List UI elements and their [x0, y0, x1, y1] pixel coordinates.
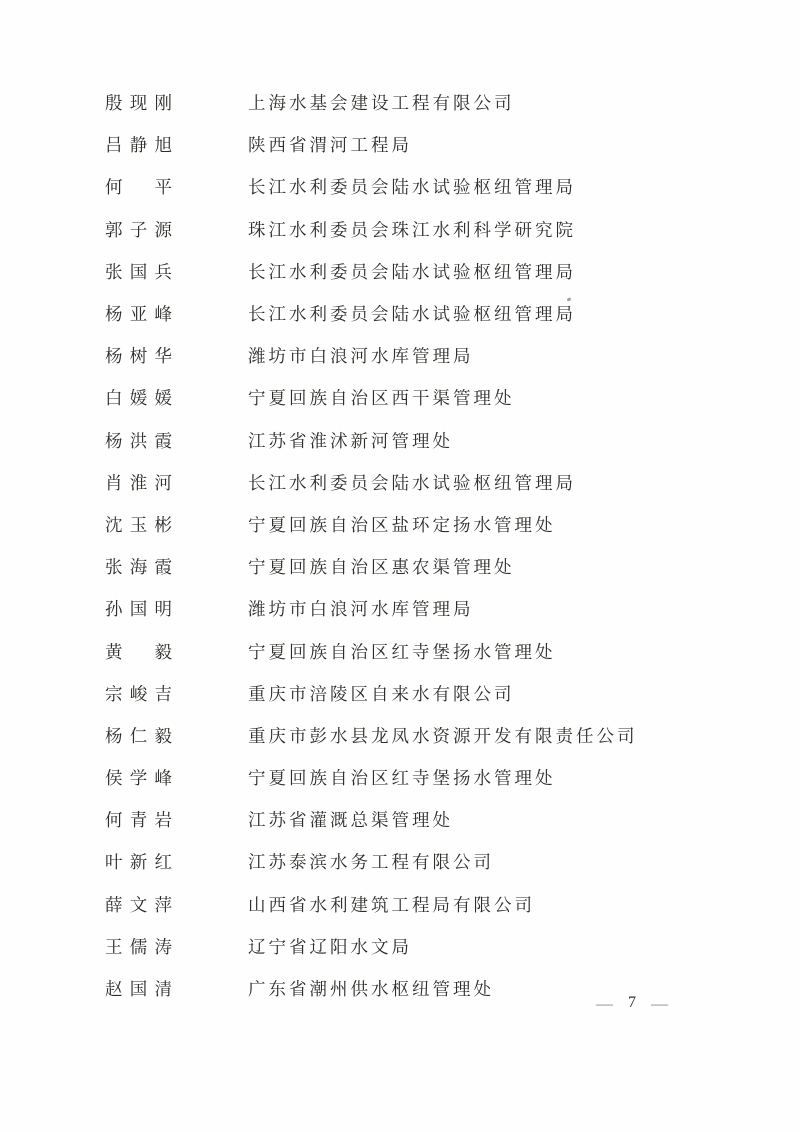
person-name: 薛文萍 [105, 894, 172, 916]
organization-name: 宁夏回族自治区西干渠管理处 [248, 387, 515, 409]
roster-row: 黄 毅 宁夏回族自治区红寺堡扬水管理处 [105, 630, 725, 672]
roster-row: 郭子源 珠江水利委员会珠江水利科学研究院 [105, 209, 725, 251]
person-name: 赵国清 [105, 978, 172, 1000]
organization-name: 长江水利委员会陆水试验枢纽管理局 [248, 176, 576, 198]
organization-name: 潍坊市白浪河水库管理局 [248, 345, 474, 367]
organization-name: 重庆市彭水县龙凤水资源开发有限责任公司 [248, 725, 638, 747]
page-number-dash-left: — [596, 995, 613, 1012]
organization-name: 宁夏回族自治区盐环定扬水管理处 [248, 514, 556, 536]
roster-row: 吕静旭 陕西省渭河工程局 [105, 124, 725, 166]
page-number-dash-right: — [651, 995, 668, 1012]
organization-name: 江苏省灌溉总渠管理处 [248, 809, 453, 831]
person-name: 侯学峰 [105, 767, 172, 789]
person-name: 杨亚峰 [105, 303, 172, 325]
person-name: 张海霞 [105, 556, 172, 578]
person-name: 杨仁毅 [105, 725, 172, 747]
roster-row: 杨仁毅 重庆市彭水县龙凤水资源开发有限责任公司 [105, 715, 725, 757]
organization-name: 宁夏回族自治区红寺堡扬水管理处 [248, 641, 556, 663]
organization-name: 江苏泰滨水务工程有限公司 [248, 851, 494, 873]
organization-name: 辽宁省辽阳水文局 [248, 936, 412, 958]
person-name: 张国兵 [105, 261, 172, 283]
person-name: 叶新红 [105, 851, 172, 873]
roster-row: 白媛媛 宁夏回族自治区西干渠管理处 [105, 377, 725, 419]
roster-row: 肖淮河 长江水利委员会陆水试验枢纽管理局 [105, 462, 725, 504]
roster-row: 叶新红 江苏泰滨水务工程有限公司 [105, 841, 725, 883]
person-name: 何 平 [105, 176, 172, 198]
organization-name: 重庆市涪陵区自来水有限公司 [248, 683, 515, 705]
person-name: 王儒涛 [105, 936, 172, 958]
organization-name: 潍坊市白浪河水库管理局 [248, 598, 474, 620]
organization-name: 江苏省淮沭新河管理处 [248, 430, 453, 452]
person-name: 白媛媛 [105, 387, 172, 409]
person-name: 何青岩 [105, 809, 172, 831]
organization-name: 上海水基会建设工程有限公司 [248, 92, 515, 114]
person-name: 郭子源 [105, 219, 172, 241]
roster-row: 杨树华 潍坊市白浪河水库管理局 [105, 335, 725, 377]
roster-row: 宗峻吉 重庆市涪陵区自来水有限公司 [105, 673, 725, 715]
organization-name: 长江水利委员会陆水试验枢纽管理局 [248, 472, 576, 494]
document-page: 殷现刚 上海水基会建设工程有限公司 吕静旭 陕西省渭河工程局 何 平 长江水利委… [0, 0, 800, 1132]
roster-row: 何青岩 江苏省灌溉总渠管理处 [105, 799, 725, 841]
person-name: 宗峻吉 [105, 683, 172, 705]
roster-row: 何 平 长江水利委员会陆水试验枢纽管理局 [105, 166, 725, 208]
page-footer: — 7 — [596, 994, 668, 1012]
organization-name: 珠江水利委员会珠江水利科学研究院 [248, 219, 576, 241]
person-name: 肖淮河 [105, 472, 172, 494]
person-name: 孙国明 [105, 598, 172, 620]
roster-row: 张海霞 宁夏回族自治区惠农渠管理处 [105, 546, 725, 588]
organization-name: 宁夏回族自治区惠农渠管理处 [248, 556, 515, 578]
person-name: 殷现刚 [105, 92, 172, 114]
roster-row: 杨洪霞 江苏省淮沭新河管理处 [105, 420, 725, 462]
roster-row: 沈玉彬 宁夏回族自治区盐环定扬水管理处 [105, 504, 725, 546]
roster-row: 侯学峰 宁夏回族自治区红寺堡扬水管理处 [105, 757, 725, 799]
roster-row: 殷现刚 上海水基会建设工程有限公司 [105, 82, 725, 124]
organization-name: 陕西省渭河工程局 [248, 134, 412, 156]
roster-row: 孙国明 潍坊市白浪河水库管理局 [105, 588, 725, 630]
organization-name: 长江水利委员会陆水试验枢纽管理局 [248, 261, 576, 283]
person-name: 杨洪霞 [105, 430, 172, 452]
person-name: 吕静旭 [105, 134, 172, 156]
roster-row: 杨亚峰 长江水利委员会陆水试验枢纽管理局 [105, 293, 725, 335]
organization-name: 宁夏回族自治区红寺堡扬水管理处 [248, 767, 556, 789]
organization-name: 广东省潮州供水枢纽管理处 [248, 978, 494, 1000]
person-name: 杨树华 [105, 345, 172, 367]
organization-name: 山西省水利建筑工程局有限公司 [248, 894, 535, 916]
person-name: 黄 毅 [105, 641, 172, 663]
awardee-roster: 殷现刚 上海水基会建设工程有限公司 吕静旭 陕西省渭河工程局 何 平 长江水利委… [105, 82, 725, 1010]
roster-row: 王儒涛 辽宁省辽阳水文局 [105, 926, 725, 968]
organization-name: 长江水利委员会陆水试验枢纽管理局 [248, 303, 576, 325]
person-name: 沈玉彬 [105, 514, 172, 536]
page-number: 7 [628, 994, 636, 1012]
roster-row: 张国兵 长江水利委员会陆水试验枢纽管理局 [105, 251, 725, 293]
roster-row: 薛文萍 山西省水利建筑工程局有限公司 [105, 884, 725, 926]
